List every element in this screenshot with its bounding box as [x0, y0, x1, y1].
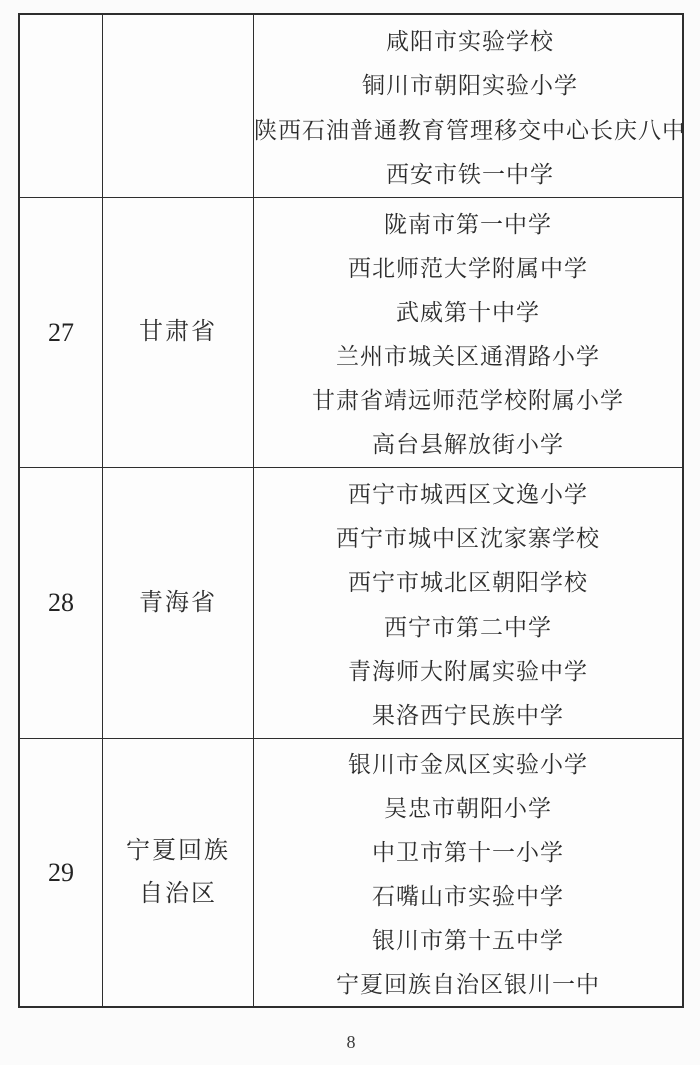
- schools-table: 咸阳市实验学校 铜川市朝阳实验小学 陕西石油普通教育管理移交中心长庆八中 西安市…: [18, 13, 684, 1008]
- page-number: 8: [18, 1032, 684, 1053]
- school-name: 陇南市第一中学: [384, 206, 552, 239]
- school-name: 西宁市城北区朝阳学校: [348, 564, 588, 597]
- school-name: 兰州市城关区通渭路小学: [336, 338, 600, 371]
- table-row: 28 青海省 西宁市城西区文逸小学 西宁市城中区沈家寨学校 西宁市城北区朝阳学校…: [20, 468, 682, 739]
- school-name: 高台县解放街小学: [372, 426, 564, 459]
- school-name: 陕西石油普通教育管理移交中心长庆八中: [254, 112, 686, 145]
- school-name: 银川市第十五中学: [372, 922, 564, 955]
- province-name: 青海省: [139, 582, 217, 625]
- school-name: 中卫市第十一小学: [372, 834, 564, 867]
- school-name: 西宁市城西区文逸小学: [348, 476, 588, 509]
- province-cell: 青海省: [103, 468, 254, 738]
- province-name: 甘肃省: [139, 311, 217, 354]
- school-name: 果洛西宁民族中学: [372, 697, 564, 730]
- schools-cell: 西宁市城西区文逸小学 西宁市城中区沈家寨学校 西宁市城北区朝阳学校 西宁市第二中…: [254, 468, 682, 738]
- school-name: 吴忠市朝阳小学: [384, 790, 552, 823]
- province-cell: [103, 15, 254, 197]
- school-name: 银川市金凤区实验小学: [348, 746, 588, 779]
- schools-cell: 银川市金凤区实验小学 吴忠市朝阳小学 中卫市第十一小学 石嘴山市实验中学 银川市…: [254, 739, 682, 1006]
- school-name: 咸阳市实验学校: [386, 23, 554, 56]
- table-row: 27 甘肃省 陇南市第一中学 西北师范大学附属中学 武威第十中学 兰州市城关区通…: [20, 198, 682, 468]
- row-number: [20, 15, 103, 197]
- schools-cell: 陇南市第一中学 西北师范大学附属中学 武威第十中学 兰州市城关区通渭路小学 甘肃…: [254, 198, 682, 467]
- province-name: 自治区: [139, 873, 217, 916]
- school-name: 甘肃省靖远师范学校附属小学: [312, 382, 624, 415]
- row-number: 29: [20, 739, 103, 1006]
- school-name: 武威第十中学: [396, 294, 540, 327]
- table-row: 29 宁夏回族 自治区 银川市金凤区实验小学 吴忠市朝阳小学 中卫市第十一小学 …: [20, 739, 682, 1006]
- school-name: 西宁市城中区沈家寨学校: [336, 520, 600, 553]
- school-name: 宁夏回族自治区银川一中: [336, 966, 600, 999]
- row-number: 27: [20, 198, 103, 467]
- school-name: 石嘴山市实验中学: [372, 878, 564, 911]
- province-cell: 甘肃省: [103, 198, 254, 467]
- school-name: 西安市铁一中学: [386, 156, 554, 189]
- school-name: 铜川市朝阳实验小学: [362, 67, 578, 100]
- province-name: 宁夏回族: [126, 830, 230, 873]
- province-cell: 宁夏回族 自治区: [103, 739, 254, 1006]
- table-row: 咸阳市实验学校 铜川市朝阳实验小学 陕西石油普通教育管理移交中心长庆八中 西安市…: [20, 15, 682, 198]
- school-name: 西宁市第二中学: [384, 609, 552, 642]
- row-number: 28: [20, 468, 103, 738]
- school-name: 青海师大附属实验中学: [348, 653, 588, 686]
- schools-cell: 咸阳市实验学校 铜川市朝阳实验小学 陕西石油普通教育管理移交中心长庆八中 西安市…: [254, 15, 686, 197]
- school-name: 西北师范大学附属中学: [348, 250, 588, 283]
